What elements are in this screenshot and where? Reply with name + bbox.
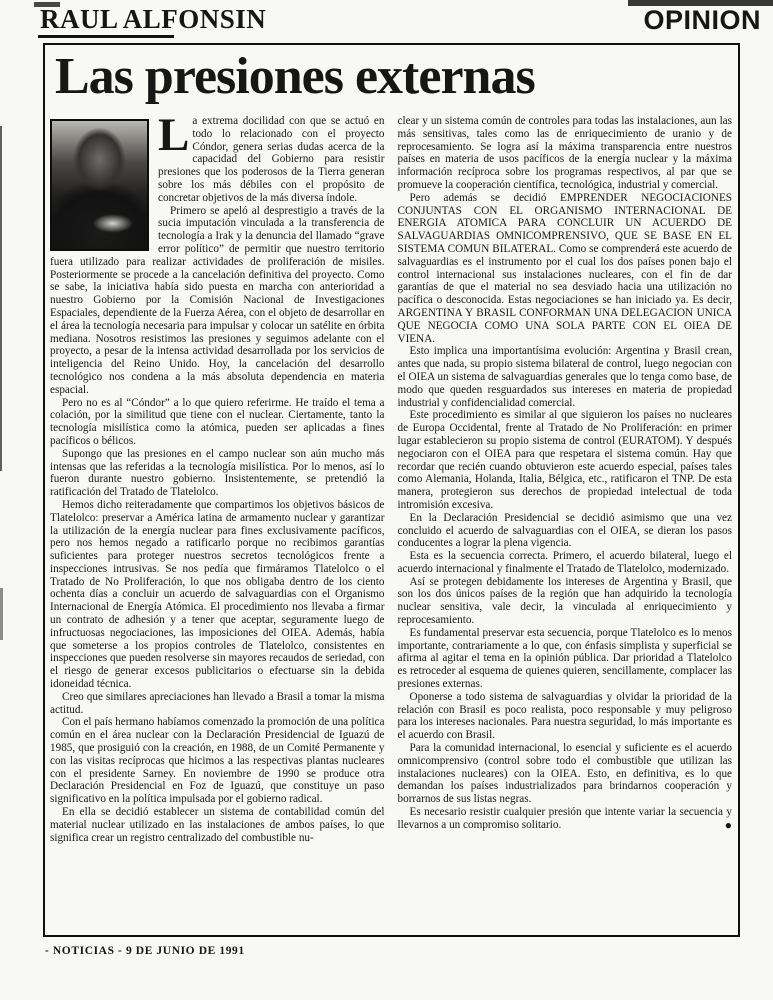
paragraph: Supongo que las presiones en el campo nu… (50, 448, 385, 499)
paragraph: Así se protegen debidamente los interese… (398, 576, 733, 627)
article-columns: La extrema docilidad con que se actuó en… (45, 113, 738, 844)
article-frame: Las presiones externas La extrema docili… (43, 43, 740, 937)
paragraph: En la Declaración Presidencial se decidi… (398, 512, 733, 550)
paragraph: Hemos dicho reiteradamente que compartim… (50, 499, 385, 691)
column-left-paragraphs: Primero se apeló al desprestigio a travé… (50, 205, 385, 845)
scan-artifact-left-edge (0, 126, 2, 471)
author-photo (50, 119, 149, 251)
paragraph: En ella se decidió establecer un sistema… (50, 806, 385, 844)
scan-artifact-left-edge-2 (0, 588, 3, 640)
column-left: La extrema docilidad con que se actuó en… (50, 115, 385, 844)
paragraph: Creo que similares apreciaciones han lle… (50, 691, 385, 717)
paragraph: Para la comunidad internacional, lo esen… (398, 742, 733, 806)
column-right-paragraphs: clear y un sistema común de controles pa… (398, 115, 733, 832)
paragraph: Es fundamental preservar esta secuencia,… (398, 627, 733, 691)
paragraph: Esta es la secuencia correcta. Primero, … (398, 550, 733, 576)
article-headline: Las presiones externas (55, 47, 738, 107)
paragraph: clear y un sistema común de controles pa… (398, 115, 733, 192)
paragraph: Con el país hermano habíamos comenzado l… (50, 716, 385, 806)
paragraph: Esto implica una importantísima evolució… (398, 345, 733, 409)
paragraph: Pero no es al “Cóndor” a lo que quiero r… (50, 397, 385, 448)
paragraph: Oponerse a todo sistema de salvaguardias… (398, 691, 733, 742)
author-kicker: RAUL ALFONSIN (40, 4, 266, 35)
paragraph: Este procedimiento es similar al que sig… (398, 409, 733, 511)
kicker-underline (38, 35, 174, 38)
paragraph: Es necesario resistir cualquier presión … (398, 806, 733, 832)
column-right: clear y un sistema común de controles pa… (398, 115, 733, 844)
section-label-opinion: OPINION (643, 5, 761, 36)
drop-cap: L (158, 117, 187, 154)
lead-paragraph-text: a extrema docilidad con que se actuó en … (158, 115, 385, 204)
publication-date-footer: - NOTICIAS - 9 DE JUNIO DE 1991 (45, 945, 245, 957)
paragraph: Pero además se decidió EMPRENDER NEGOCIA… (398, 192, 733, 346)
end-mark: ● (713, 819, 732, 832)
